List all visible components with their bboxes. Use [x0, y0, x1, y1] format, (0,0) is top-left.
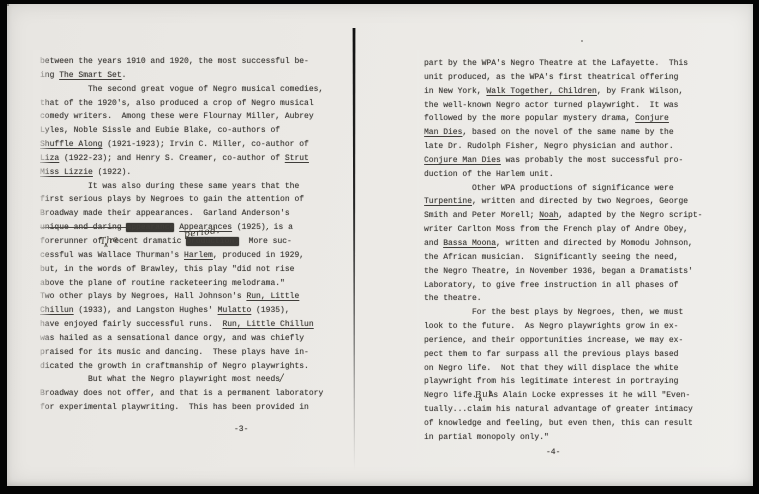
- page-4-text-column: part by the WPA's Negro Theatre at the L…: [424, 57, 724, 445]
- text-line: Broadway does not offer, and that is a p…: [40, 387, 340, 401]
- text-line: in New York, Walk Together, Children, by…: [424, 85, 724, 99]
- text-line: Shuffle Along (1921-1923); Irvin C. Mill…: [40, 138, 340, 152]
- text-line: Smith and Peter Morell; Noah, adapted by…: [424, 209, 724, 223]
- text-line: Chillun (1933), and Langston Hughes' Mul…: [40, 304, 340, 318]
- page-number-3: -3-: [234, 425, 248, 434]
- text-line: the theatre.: [424, 292, 724, 306]
- text-line: above the plane of routine racketeering …: [40, 277, 340, 291]
- text-line: part by the WPA's Negro Theatre at the L…: [424, 57, 724, 71]
- text-line: dicated the growth in craftmanship of Ne…: [40, 360, 340, 374]
- text-line: Two other plays by Negroes, Hall Johnson…: [40, 290, 340, 304]
- page-number-4: -4-: [546, 448, 560, 457]
- text-line: It was also during these same years that…: [40, 180, 340, 194]
- text-line: tually...claim his natural advantage of …: [424, 403, 724, 417]
- text-line: late Dr. Rudolph Fisher, Negro physician…: [424, 140, 724, 154]
- text-line: look to the future. As Negro playwrights…: [424, 320, 724, 334]
- scanned-manuscript-spread: between the years 1910 and 1920, the mos…: [0, 0, 759, 494]
- text-line: comedy writers. Among these were Flourna…: [40, 110, 340, 124]
- text-line: and Bassa Moona, written and directed by…: [424, 237, 724, 251]
- text-line: Other WPA productions of significance we…: [424, 182, 724, 196]
- text-line: have enjoyed fairly successful runs. Run…: [40, 318, 340, 332]
- text-line: pect them to far surpass all the previou…: [424, 348, 724, 362]
- text-line: on Negro life. Not that they will displa…: [424, 362, 724, 376]
- paper-sheet: between the years 1910 and 1920, the mos…: [7, 4, 753, 486]
- text-line: of knowledge and feeling, but even then,…: [424, 417, 724, 431]
- page-3-body-text: between the years 1910 and 1920, the mos…: [40, 55, 340, 415]
- text-line: Negro life.∧But As Alain Locke expresses…: [424, 389, 724, 403]
- text-line: in partial monopoly only.": [424, 431, 724, 445]
- text-line: cessful was Wallace Thurman's Harlem, pr…: [40, 249, 340, 263]
- text-line: For the best plays by Negroes, then, we …: [424, 306, 724, 320]
- text-line: praised for its music and dancing. These…: [40, 346, 340, 360]
- text-line: Conjure Man Dies was probably the most s…: [424, 154, 724, 168]
- text-line: unit produced, as the WPA's first theatr…: [424, 71, 724, 85]
- text-line: the African musician. Significantly seei…: [424, 251, 724, 265]
- text-line: duction of the Harlem unit.: [424, 168, 724, 182]
- text-line: Lyles, Noble Sissle and Eubie Blake, co-…: [40, 124, 340, 138]
- text-line: but, in the words of Brawley, this play …: [40, 263, 340, 277]
- text-line: was hailed as a sensational dance orgy, …: [40, 332, 340, 346]
- text-line: Liza (1922-23); and Henry S. Creamer, co…: [40, 152, 340, 166]
- text-line: perience, and their opportunities increa…: [424, 334, 724, 348]
- text-line: ing The Smart Set.: [40, 69, 340, 83]
- text-line: the Negro Theatre, in November 1936, beg…: [424, 265, 724, 279]
- binding-crease-line: [352, 28, 356, 470]
- text-line: Man Dies, based on the novel of the same…: [424, 126, 724, 140]
- page-4-body-text: part by the WPA's Negro Theatre at the L…: [424, 57, 724, 445]
- text-line: between the years 1910 and 1920, the mos…: [40, 55, 340, 69]
- text-line: Turpentine, written and directed by two …: [424, 195, 724, 209]
- text-line: The second great vogue of Negro musical …: [40, 83, 340, 97]
- text-line: Broadway made their appearances. Garland…: [40, 207, 340, 221]
- text-line: forerunner of∧Therecent dramatic product…: [40, 235, 340, 249]
- handwritten-annotation: The: [100, 235, 120, 247]
- page-3-text-column: between the years 1910 and 1920, the mos…: [40, 55, 340, 415]
- text-line: writer Carlton Moss from the French play…: [424, 223, 724, 237]
- text-line: that of the 1920's, also produced a crop…: [40, 97, 340, 111]
- text-line: followed by the more popular mystery dra…: [424, 112, 724, 126]
- text-line: first serious plays by Negroes to gain t…: [40, 193, 340, 207]
- text-line: But what the Negro playwright most needs…: [40, 373, 340, 387]
- text-line: for experimental playwriting. This has b…: [40, 401, 340, 415]
- text-line: Laboratory, to give free instruction in …: [424, 279, 724, 293]
- text-line: playwright from his legitimate interest …: [424, 375, 724, 389]
- text-line: the well-known Negro actor turned playwr…: [424, 99, 724, 113]
- scan-dust-specks: [7, 4, 8, 5]
- text-line: Miss Lizzie (1922).: [40, 166, 340, 180]
